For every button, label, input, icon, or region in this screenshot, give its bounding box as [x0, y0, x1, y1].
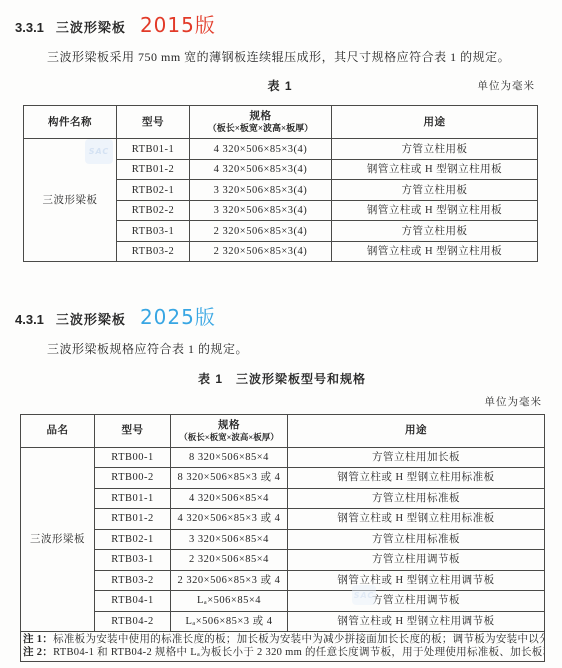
- table-1-2015-wrap: 表 1 单位为毫米 构件名称 型号 规格 （板长×板宽×波高×板厚） 用途 三波…: [23, 77, 537, 262]
- spec-cell: Lₐ×506×85×3 或 4: [171, 611, 288, 632]
- use-cell: 方管立柱用标准板: [288, 488, 545, 509]
- version-tag-2015: 2015版: [140, 9, 216, 38]
- table-2025: 品名 型号 规格 （板长×板宽×波高×板厚） 用途 三波形梁板 RTB00-1 …: [20, 414, 545, 662]
- table-row: RTB03-1 2 320×506×85×4 方管立柱用调节板: [21, 550, 545, 571]
- unit-label: 单位为毫米: [478, 78, 536, 93]
- table-row: RTB01-2 4 320×506×85×3 或 4 钢管立柱或 H 型钢立柱用…: [21, 509, 545, 530]
- col-header-name: 品名: [21, 414, 95, 447]
- table-row: RTB03-2 2 320×506×85×3 或 4 钢管立柱或 H 型钢立柱用…: [21, 570, 545, 591]
- version-tag-2025: 2025版: [140, 301, 216, 330]
- table-row: RTB04-2 Lₐ×506×85×3 或 4 钢管立柱或 H 型钢立柱用调节板: [21, 611, 545, 632]
- table-row: RTB01-1 4 320×506×85×4 方管立柱用标准板: [21, 488, 545, 509]
- spec-cell: 2 320×506×85×3 或 4: [171, 570, 288, 591]
- model-cell: RTB02-1: [95, 529, 171, 550]
- use-cell: 钢管立柱或 H 型钢立柱用板: [332, 241, 538, 262]
- spec-header-line1: 规格: [192, 110, 329, 123]
- spec-cell: 3 320×506×85×4: [171, 529, 288, 550]
- clause-number: 4.3.1: [15, 312, 44, 327]
- table-header-row: 构件名称 型号 规格 （板长×板宽×波高×板厚） 用途: [24, 106, 538, 139]
- use-cell: 方管立柱用板: [332, 139, 538, 160]
- col-header-use: 用途: [288, 414, 545, 447]
- table-caption: 表 1 三波形梁板型号和规格: [20, 370, 544, 387]
- table-header-row: 品名 型号 规格 （板长×板宽×波高×板厚） 用途: [21, 414, 545, 447]
- spec-header-line2: （板长×板宽×波高×板厚）: [173, 432, 285, 443]
- section-heading-2025: 4.3.1 三波形梁板 2025版: [15, 301, 562, 330]
- table-row: RTB04-1 Lₐ×506×85×4 方管立柱用调节板: [21, 591, 545, 612]
- sac-watermark-icon: SAC: [85, 139, 113, 164]
- note-2-label: 注 2：: [23, 647, 53, 658]
- col-header-model: 型号: [95, 414, 171, 447]
- note-2-text: RTB04-1 和 RTB04-2 规格中 Lₐ为板长小于 2 320 mm 的…: [53, 647, 544, 658]
- table-row: RTB00-2 8 320×506×85×3 或 4 钢管立柱或 H 型钢立柱用…: [21, 468, 545, 489]
- notes-cell: 注 1：标准板为安装中使用的标准长度的板；加长板为安装中为减少拼接面加长长度的板…: [21, 632, 545, 661]
- clause-title: 三波形梁板: [56, 17, 126, 36]
- section-heading-2015: 3.3.1 三波形梁板 2015版: [15, 9, 562, 38]
- group-label-cell: 三波形梁板: [21, 447, 95, 632]
- note-1: 注 1：标准板为安装中使用的标准长度的板；加长板为安装中为减少拼接面加长长度的板…: [23, 633, 542, 646]
- spec-cell: 8 320×506×85×3 或 4: [171, 468, 288, 489]
- use-cell: 方管立柱用加长板: [288, 447, 545, 468]
- note-1-text: 标准板为安装中使用的标准长度的板；加长板为安装中为减少拼接面加长长度的板；调节板…: [53, 634, 544, 645]
- use-cell: 钢管立柱或 H 型钢立柱用标准板: [288, 468, 545, 489]
- spec-cell: 4 320×506×85×3(4): [190, 139, 332, 160]
- model-cell: RTB04-2: [95, 611, 171, 632]
- table-row: 三波形梁板 RTB00-1 8 320×506×85×4 方管立柱用加长板: [21, 447, 545, 468]
- col-header-use: 用途: [332, 106, 538, 139]
- spec-header-line1: 规格: [173, 419, 285, 432]
- sac-watermark-icon: SAC: [352, 585, 376, 605]
- use-cell: 钢管立柱或 H 型钢立柱用板: [332, 200, 538, 221]
- model-cell: RTB03-2: [117, 241, 190, 262]
- body-paragraph: 三波形梁板采用 750 mm 宽的薄钢板连续辊压成形，其尺寸规格应符合表 1 的…: [23, 49, 534, 66]
- unit-label: 单位为毫米: [20, 394, 544, 407]
- model-cell: RTB00-2: [95, 468, 171, 489]
- table-caption-row: 表 1 三波形梁板型号和规格: [20, 370, 544, 385]
- spec-cell: 4 320×506×85×3 或 4: [171, 509, 288, 530]
- table-2015: 构件名称 型号 规格 （板长×板宽×波高×板厚） 用途 三波形梁板 RTB01-…: [23, 105, 538, 262]
- document-page: 3.3.1 三波形梁板 2015版 三波形梁板采用 750 mm 宽的薄钢板连续…: [0, 0, 562, 668]
- model-cell: RTB01-2: [95, 509, 171, 530]
- use-cell: 方管立柱用标准板: [288, 529, 545, 550]
- note-2: 注 2：RTB04-1 和 RTB04-2 规格中 Lₐ为板长小于 2 320 …: [23, 646, 542, 659]
- col-header-spec: 规格 （板长×板宽×波高×板厚）: [171, 414, 288, 447]
- model-cell: RTB03-1: [117, 221, 190, 242]
- clause-number: 3.3.1: [15, 20, 44, 35]
- spec-cell: 4 320×506×85×4: [171, 488, 288, 509]
- col-header-spec: 规格 （板长×板宽×波高×板厚）: [190, 106, 332, 139]
- spec-cell: 3 320×506×85×3(4): [190, 180, 332, 201]
- spec-cell: 4 320×506×85×3(4): [190, 159, 332, 180]
- spec-cell: Lₐ×506×85×4: [171, 591, 288, 612]
- table-caption-row: 表 1 单位为毫米: [23, 77, 537, 92]
- model-cell: RTB04-1: [95, 591, 171, 612]
- note-1-label: 注 1：: [23, 634, 53, 645]
- model-cell: RTB03-1: [95, 550, 171, 571]
- model-cell: RTB03-2: [95, 570, 171, 591]
- use-cell: 方管立柱用调节板: [288, 591, 545, 612]
- clause-title: 三波形梁板: [56, 309, 126, 328]
- col-header-name: 构件名称: [24, 106, 117, 139]
- model-cell: RTB02-2: [117, 200, 190, 221]
- use-cell: 钢管立柱或 H 型钢立柱用调节板: [288, 611, 545, 632]
- model-cell: RTB01-1: [95, 488, 171, 509]
- body-paragraph: 三波形梁板规格应符合表 1 的规定。: [23, 341, 534, 358]
- spec-cell: 8 320×506×85×4: [171, 447, 288, 468]
- model-cell: RTB01-1: [117, 139, 190, 160]
- spec-cell: 2 320×506×85×4: [171, 550, 288, 571]
- use-cell: 方管立柱用板: [332, 180, 538, 201]
- use-cell: 钢管立柱或 H 型钢立柱用板: [332, 159, 538, 180]
- spec-cell: 2 320×506×85×3(4): [190, 241, 332, 262]
- table-notes-row: 注 1：标准板为安装中使用的标准长度的板；加长板为安装中为减少拼接面加长长度的板…: [21, 632, 545, 661]
- spec-cell: 3 320×506×85×3(4): [190, 200, 332, 221]
- table-1-2025-wrap: 表 1 三波形梁板型号和规格 单位为毫米 品名 型号 规格 （板长×板宽×波高×…: [20, 370, 544, 662]
- table-caption: 表 1: [23, 77, 537, 94]
- use-cell: 方管立柱用调节板: [288, 550, 545, 571]
- spec-cell: 2 320×506×85×3(4): [190, 221, 332, 242]
- col-header-model: 型号: [117, 106, 190, 139]
- use-cell: 钢管立柱或 H 型钢立柱用标准板: [288, 509, 545, 530]
- use-cell: 方管立柱用板: [332, 221, 538, 242]
- model-cell: RTB01-2: [117, 159, 190, 180]
- model-cell: RTB00-1: [95, 447, 171, 468]
- table-row: RTB02-1 3 320×506×85×4 方管立柱用标准板: [21, 529, 545, 550]
- use-cell: 钢管立柱或 H 型钢立柱用调节板: [288, 570, 545, 591]
- spec-header-line2: （板长×板宽×波高×板厚）: [192, 123, 329, 134]
- model-cell: RTB02-1: [117, 180, 190, 201]
